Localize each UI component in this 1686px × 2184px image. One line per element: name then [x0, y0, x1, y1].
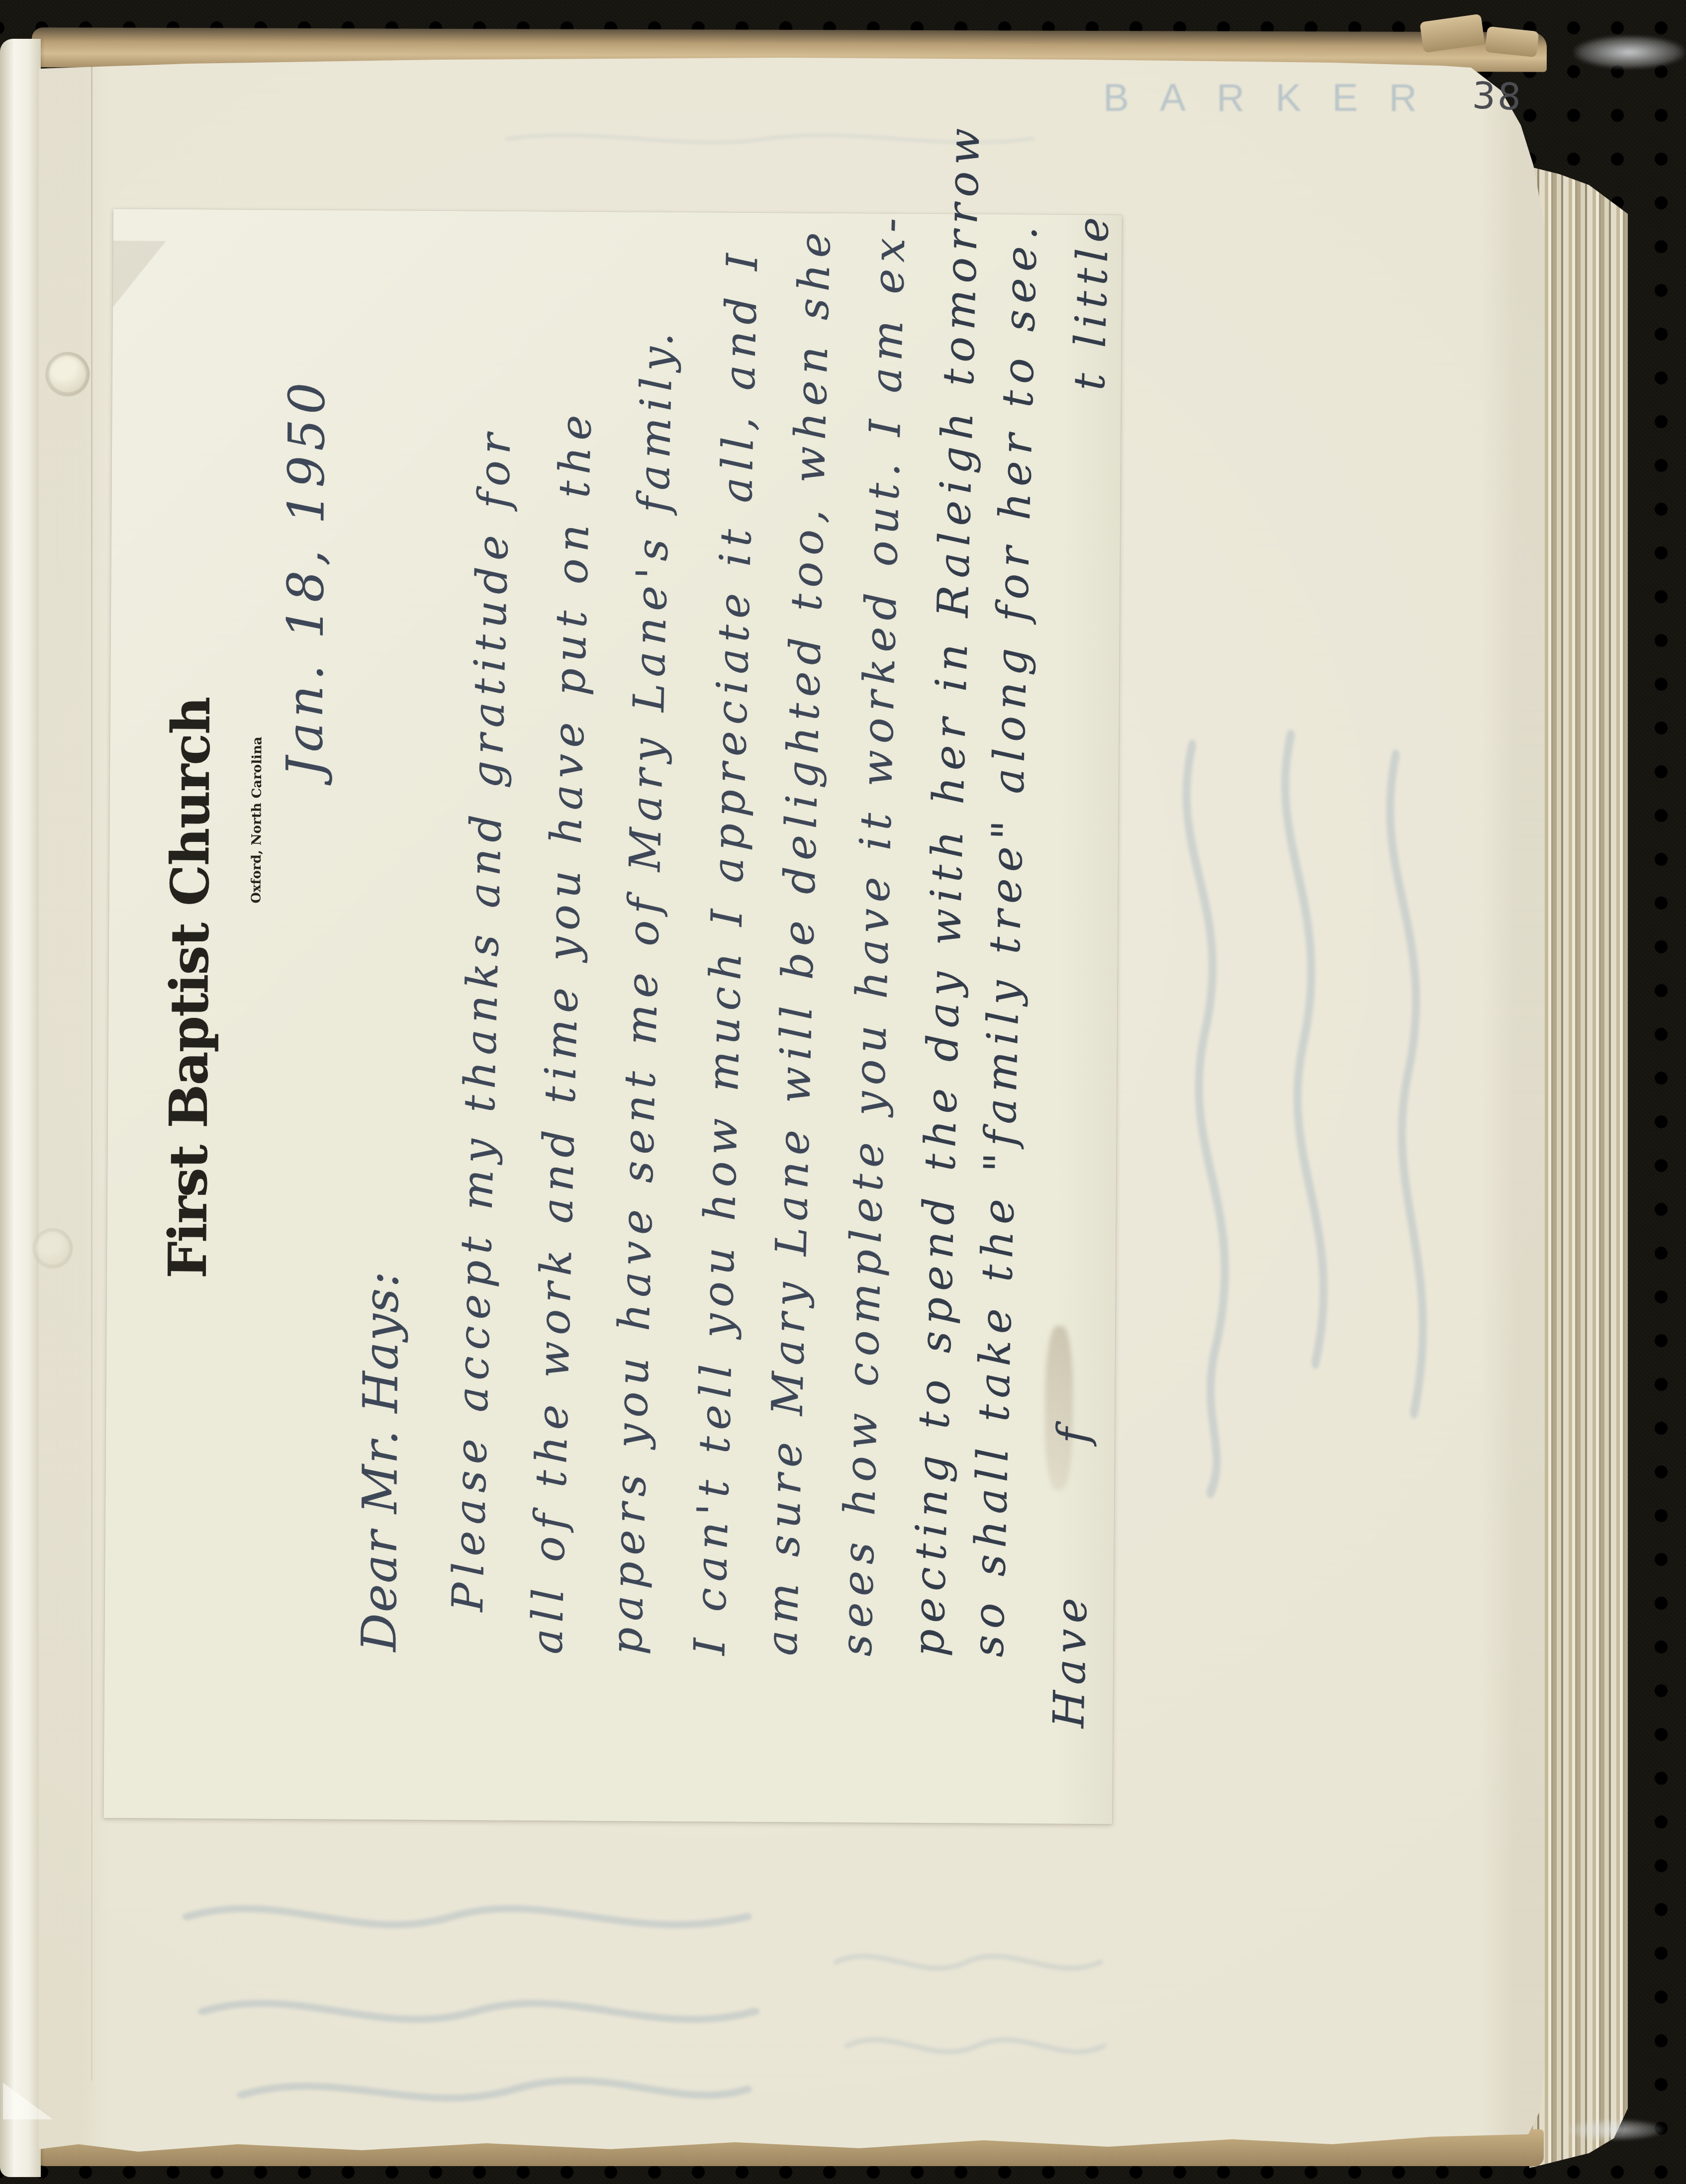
chalk-scuff-top — [1574, 36, 1685, 69]
bleedthrough-marks — [821, 1900, 1119, 2108]
letterhead-location: Oxford, North Carolina — [240, 779, 273, 904]
torn-paper-flap — [1485, 26, 1539, 58]
scanned-scrapbook-photo: BARKER 38 First Baptist Church Oxford, N… — [0, 0, 1686, 2184]
left-page-curl — [0, 39, 41, 2177]
page-corner-fold — [3, 2083, 53, 2119]
chalk-scuff-bottom — [1567, 2119, 1664, 2140]
letter-partial-line-middle: f — [1043, 1368, 1105, 1445]
letter-corner-fold — [113, 241, 166, 308]
letter-date: Jan. 18, 1950 — [268, 371, 345, 777]
pasted-letter: First Baptist Church Oxford, North Carol… — [103, 209, 1122, 1824]
letter-partial-line-end: t little — [1060, 221, 1124, 391]
page-number: 38 — [1471, 71, 1524, 122]
binding-eyelet — [33, 1228, 73, 1268]
bleedthrough-marks — [164, 1850, 786, 2128]
binding-eyelet — [46, 352, 90, 396]
bleedthrough-marks — [1149, 706, 1457, 1502]
faded-name-label: BARKER — [1103, 73, 1448, 122]
page-crease-line — [91, 66, 93, 2081]
letterhead-organization: First Baptist Church — [153, 736, 226, 1279]
letter-salutation: Dear Mr. Hays: — [339, 1303, 421, 1652]
letter-partial-line-start: Have — [1039, 1578, 1102, 1729]
